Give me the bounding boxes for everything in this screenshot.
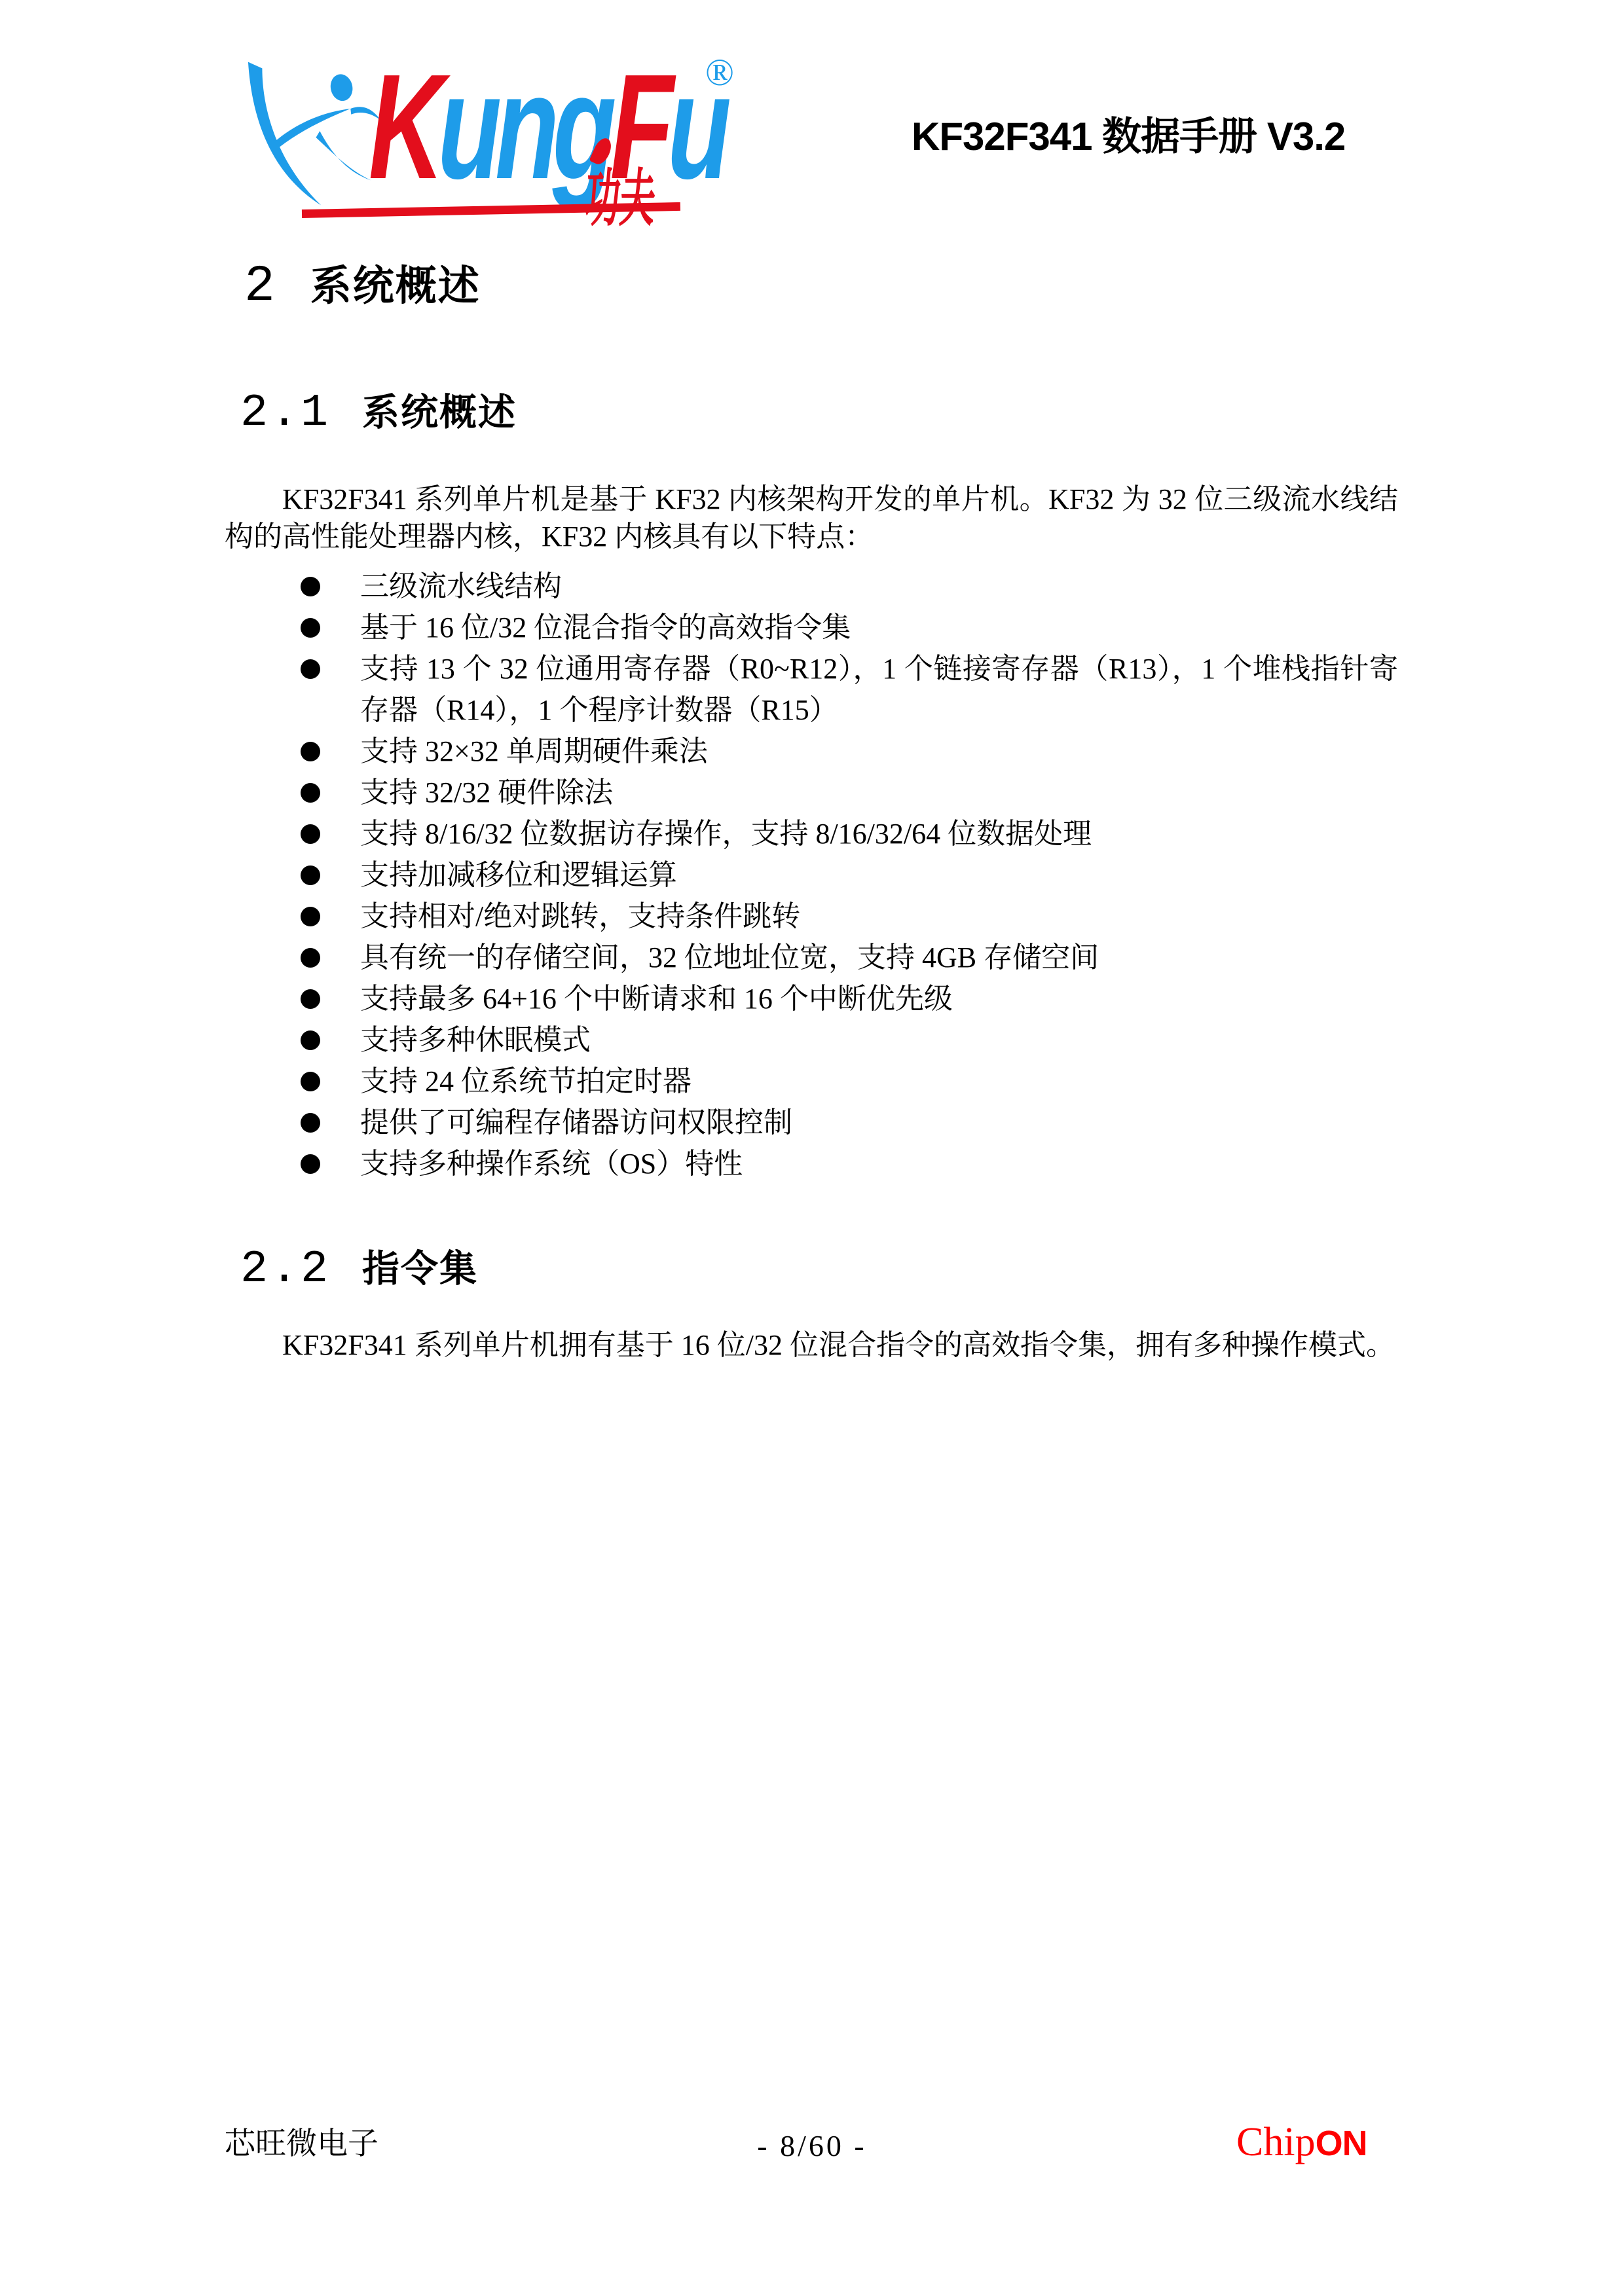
- list-item: 支持 24 位系统节拍定时器: [225, 1061, 1398, 1102]
- bullet-text: 支持 13 个 32 位通用寄存器（R0~R12），1 个链接寄存器（R13），…: [360, 653, 1398, 726]
- bullet-text: 支持多种休眠模式: [360, 1024, 591, 1056]
- bullet-icon: [301, 1154, 320, 1174]
- bullet-icon: [301, 948, 320, 968]
- list-item: 支持加减移位和逻辑运算: [225, 854, 1398, 896]
- list-item: 三级流水线结构: [225, 566, 1398, 607]
- bullet-icon: [301, 577, 320, 596]
- chipon-logo-bold-part: ON: [1316, 2124, 1367, 2163]
- datasheet-page: KungFu ® 功夫 KF32F341 数据手册 V3.2 2 系统概述 2.…: [0, 0, 1624, 2296]
- list-item: 支持 32/32 硬件除法: [225, 772, 1398, 813]
- list-item: 支持 32×32 单周期硬件乘法: [225, 731, 1398, 772]
- bullet-icon: [301, 824, 320, 844]
- list-item: 支持多种休眠模式: [225, 1019, 1398, 1061]
- bullet-icon: [301, 742, 320, 761]
- section-title: 系统概述: [362, 382, 517, 436]
- bullet-icon: [301, 618, 320, 638]
- logo-tagline: 功夫: [582, 168, 657, 230]
- bullet-text: 具有统一的存储空间，32 位地址位宽，支持 4GB 存储空间: [360, 941, 1099, 974]
- feature-list: 三级流水线结构 基于 16 位/32 位混合指令的高效指令集 支持 13 个 3…: [225, 566, 1398, 1184]
- list-item: 支持 8/16/32 位数据访存操作，支持 8/16/32/64 位数据处理: [225, 813, 1398, 854]
- list-item: 具有统一的存储空间，32 位地址位宽，支持 4GB 存储空间: [225, 937, 1398, 978]
- bullet-text: 基于 16 位/32 位混合指令的高效指令集: [360, 611, 851, 644]
- list-item: 支持相对/绝对跳转，支持条件跳转: [225, 896, 1398, 937]
- bullet-text: 支持 24 位系统节拍定时器: [360, 1065, 692, 1097]
- bullet-text: 三级流水线结构: [360, 570, 562, 602]
- bullet-text: 支持 8/16/32 位数据访存操作，支持 8/16/32/64 位数据处理: [360, 818, 1092, 850]
- page-content: 2 系统概述 2.1 系统概述 KF32F341 系列单片机是基于 KF32 内…: [225, 0, 1398, 2296]
- bullet-icon: [301, 659, 320, 679]
- bullet-icon: [301, 1072, 320, 1091]
- section-2-2-paragraph: KF32F341 系列单片机拥有基于 16 位/32 位混合指令的高效指令集，拥…: [225, 1326, 1398, 1364]
- bullet-icon: [301, 866, 320, 885]
- section-2-1-paragraph: KF32F341 系列单片机是基于 KF32 内核架构开发的单片机。KF32 为…: [225, 481, 1398, 555]
- list-item: 支持 13 个 32 位通用寄存器（R0~R12），1 个链接寄存器（R13），…: [225, 648, 1398, 731]
- section-2-2-heading: 2.2 指令集: [240, 1239, 478, 1296]
- list-item: 提供了可编程存储器访问权限控制: [225, 1102, 1398, 1143]
- bullet-text: 支持多种操作系统（OS）特性: [360, 1148, 743, 1180]
- bullet-text: 支持 32×32 单周期硬件乘法: [360, 735, 708, 767]
- list-item: 支持最多 64+16 个中断请求和 16 个中断优先级: [225, 978, 1398, 1019]
- list-item: 支持多种操作系统（OS）特性: [225, 1143, 1398, 1184]
- footer-page-number: - 8/60 -: [0, 2129, 1624, 2164]
- bullet-icon: [301, 783, 320, 803]
- bullet-text: 支持最多 64+16 个中断请求和 16 个中断优先级: [360, 983, 953, 1015]
- section-2-1-heading: 2.1 系统概述: [240, 382, 517, 439]
- bullet-icon: [301, 1113, 320, 1133]
- bullet-text: 支持相对/绝对跳转，支持条件跳转: [360, 900, 800, 932]
- section-title: 指令集: [362, 1239, 478, 1292]
- chapter-heading: 2 系统概述: [244, 253, 481, 316]
- bullet-icon: [301, 1030, 320, 1050]
- bullet-text: 支持 32/32 硬件除法: [360, 776, 613, 809]
- chipon-logo-serif-part: Chip: [1236, 2120, 1316, 2164]
- chapter-number: 2: [244, 258, 278, 316]
- bullet-text: 支持加减移位和逻辑运算: [360, 859, 677, 891]
- chapter-title: 系统概述: [310, 253, 481, 312]
- list-item: 基于 16 位/32 位混合指令的高效指令集: [225, 607, 1398, 648]
- bullet-icon: [301, 989, 320, 1009]
- chipon-logo: Chip ON: [1236, 2120, 1367, 2164]
- section-number: 2.1: [240, 388, 331, 439]
- bullet-icon: [301, 907, 320, 926]
- section-number: 2.2: [240, 1244, 331, 1296]
- bullet-text: 提供了可编程存储器访问权限控制: [360, 1106, 792, 1139]
